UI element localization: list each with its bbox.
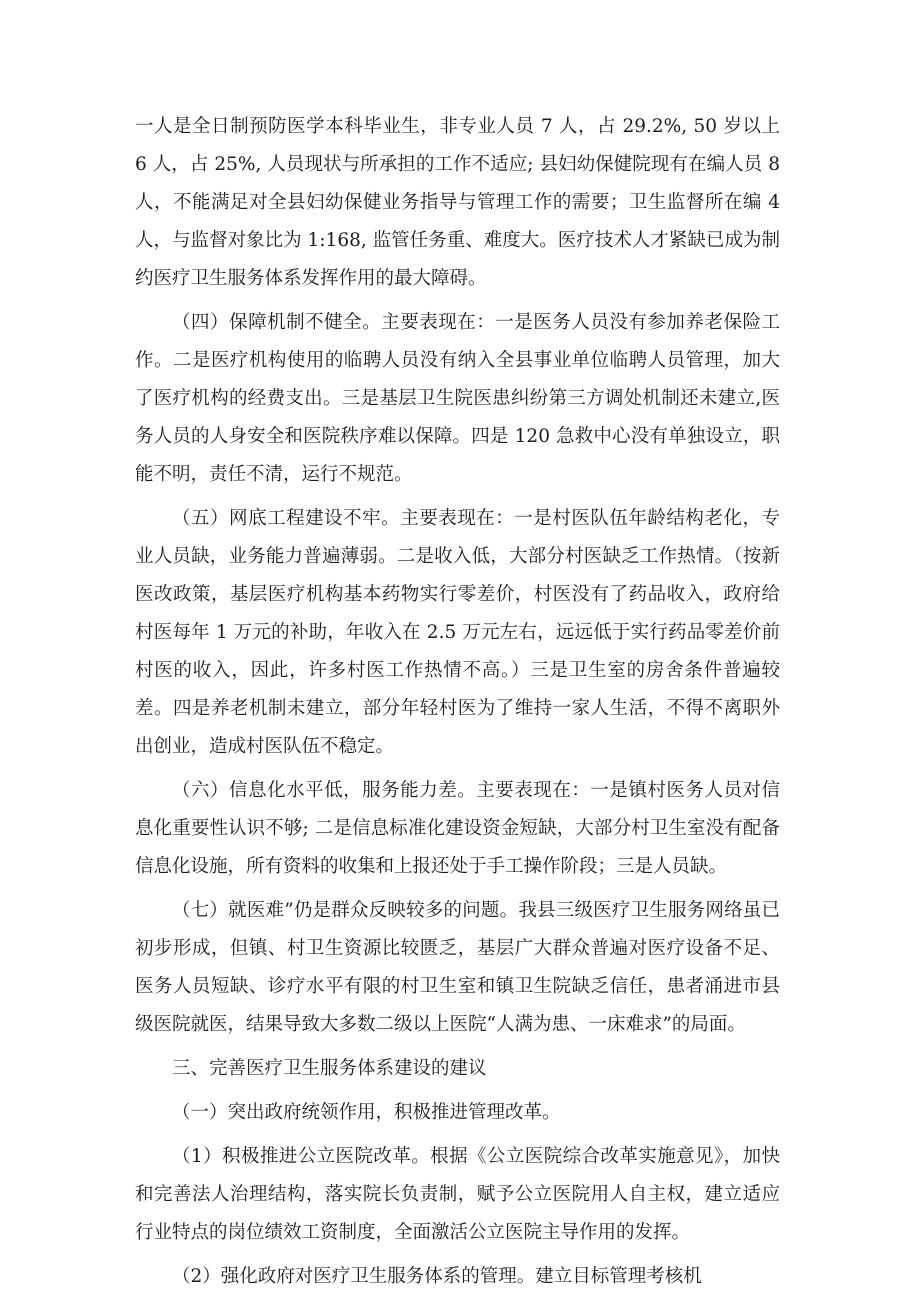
paragraph-point-2: （2）强化政府对医疗卫生服务体系的管理。建立目标管理考核机 [135, 1258, 780, 1296]
section-heading: 三、完善医疗卫生服务体系建设的建议 [135, 1050, 780, 1088]
paragraph-point-1: （1）积极推进公立医院改革。根据《公立医院综合改革实施意见》，加快和完善法人治理… [135, 1138, 780, 1252]
paragraph-item-5: （五）网底工程建设不牢。主要表现在：一是村医队伍年龄结构老化，专业人员缺，业务能… [135, 500, 780, 766]
paragraph-item-7: （七）就医难”仍是群众反映较多的问题。我县三级医疗卫生服务网络虽已初步形成，但镇… [135, 892, 780, 1044]
paragraph-item-4: （四）保障机制不健全。主要表现在：一是医务人员没有参加养老保险工作。二是医疗机构… [135, 304, 780, 494]
sub-heading-1: （一）突出政府统领作用，积极推进管理改革。 [135, 1094, 780, 1132]
paragraph-item-6: （六）信息化水平低，服务能力差。主要表现在：一是镇村医务人员对信息化重要性认识不… [135, 772, 780, 886]
paragraph-continuation: 一人是全日制预防医学本科毕业生，非专业人员 7 人，占 29.2%, 50 岁以… [135, 108, 780, 298]
document-text-area: 一人是全日制预防医学本科毕业生，非专业人员 7 人，占 29.2%, 50 岁以… [135, 0, 780, 1301]
document-page: 一人是全日制预防医学本科毕业生，非专业人员 7 人，占 29.2%, 50 岁以… [0, 0, 920, 1301]
